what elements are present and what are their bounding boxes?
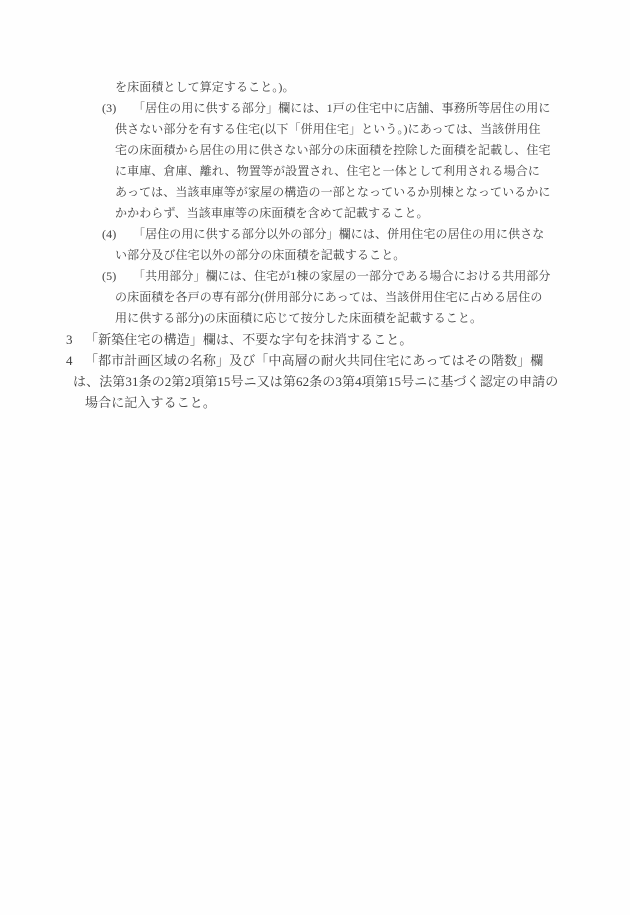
item-paren4-marker: (4) — [102, 224, 133, 245]
item-paren5-text: 「共用部分」欄には、住宅が1棟の家屋の一部分である場合における共用部分 — [133, 269, 551, 283]
carryover-line: を床面積として算定すること。)。 — [0, 77, 630, 98]
item-paren3-continuation: あっては、当該車庫等が家屋の構造の一部となっているか別棟となっているかに — [0, 182, 630, 203]
item-4-text: 「都市計画区域の名称」及び「中高層の耐火共同住宅にあってはその階数」欄 — [85, 353, 543, 368]
scanned-document-page: を床面積として算定すること。)。 (3)「居住の用に供する部分」欄には、1戸の住… — [0, 0, 630, 915]
item-paren4-continuation: い部分及び住宅以外の部分の床面積を記載すること。 — [0, 245, 630, 266]
item-paren5-marker: (5) — [102, 266, 133, 287]
item-paren3-continuation: かかわらず、当該車庫等の床面積を含めて記載すること。 — [0, 203, 630, 224]
item-4-marker: 4 — [66, 350, 85, 371]
item-paren3-continuation: 宅の床面積から居住の用に供さない部分の床面積を控除した面積を記載し、住宅 — [0, 140, 630, 161]
item-paren4-text: 「居住の用に供する部分以外の部分」欄には、併用住宅の居住の用に供さな — [133, 227, 544, 241]
item-4-continuation: 場合に記入すること。 — [0, 392, 630, 413]
item-paren5-continuation: 用に供する部分)の床面積に応じて按分した床面積を記載すること。 — [0, 308, 630, 329]
item-paren5-line: (5)「共用部分」欄には、住宅が1棟の家屋の一部分である場合における共用部分 — [0, 266, 630, 287]
item-paren4-line: (4)「居住の用に供する部分以外の部分」欄には、併用住宅の居住の用に供さな — [0, 224, 630, 245]
item-paren3-marker: (3) — [102, 98, 133, 119]
item-4-continuation: は、法第31条の2第2項第15号ニ又は第62条の3第4項第15号ニに基づく認定の… — [0, 371, 630, 392]
item-3-line: 3「新築住宅の構造」欄は、不要な字句を抹消すること。 — [0, 329, 630, 350]
item-paren3-text: 「居住の用に供する部分」欄には、1戸の住宅中に店舗、事務所等居住の用に — [133, 101, 551, 115]
item-paren3-continuation: に車庫、倉庫、離れ、物置等が設置され、住宅と一体として利用される場合に — [0, 161, 630, 182]
item-3-marker: 3 — [66, 329, 85, 350]
item-paren3-line: (3)「居住の用に供する部分」欄には、1戸の住宅中に店舗、事務所等居住の用に — [0, 98, 630, 119]
item-paren3-continuation: 供さない部分を有する住宅(以下「併用住宅」という。)にあっては、当該併用住 — [0, 119, 630, 140]
item-paren5-continuation: の床面積を各戸の専有部分(併用部分にあっては、当該併用住宅に占める居住の — [0, 287, 630, 308]
notes-text-block: を床面積として算定すること。)。 (3)「居住の用に供する部分」欄には、1戸の住… — [0, 0, 630, 413]
item-3-text: 「新築住宅の構造」欄は、不要な字句を抹消すること。 — [85, 332, 413, 347]
item-4-line: 4「都市計画区域の名称」及び「中高層の耐火共同住宅にあってはその階数」欄 — [0, 350, 630, 371]
